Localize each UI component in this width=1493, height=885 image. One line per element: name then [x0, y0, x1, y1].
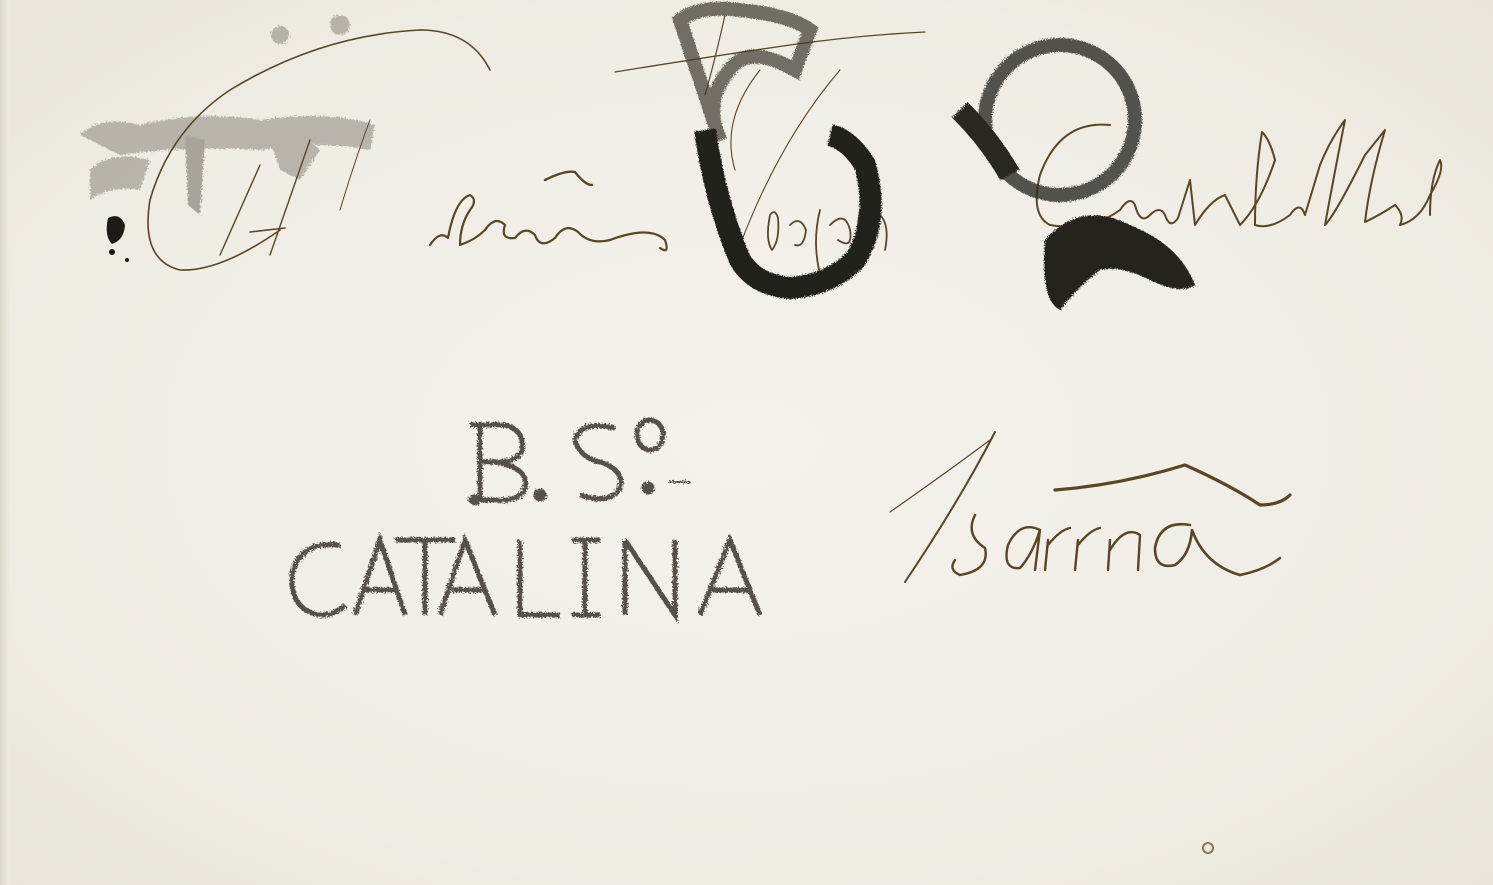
- ink-marks: [0, 0, 1493, 885]
- charge-mark-8q: [680, 9, 1195, 310]
- ink-speck: [1203, 843, 1213, 853]
- origin-postmark: [292, 420, 760, 615]
- letter-cover: Al Señor Joseph Quintadellas B. S.º CATA…: [0, 0, 1493, 885]
- ink-blot: [107, 216, 129, 262]
- destination-handwriting: [890, 432, 1290, 582]
